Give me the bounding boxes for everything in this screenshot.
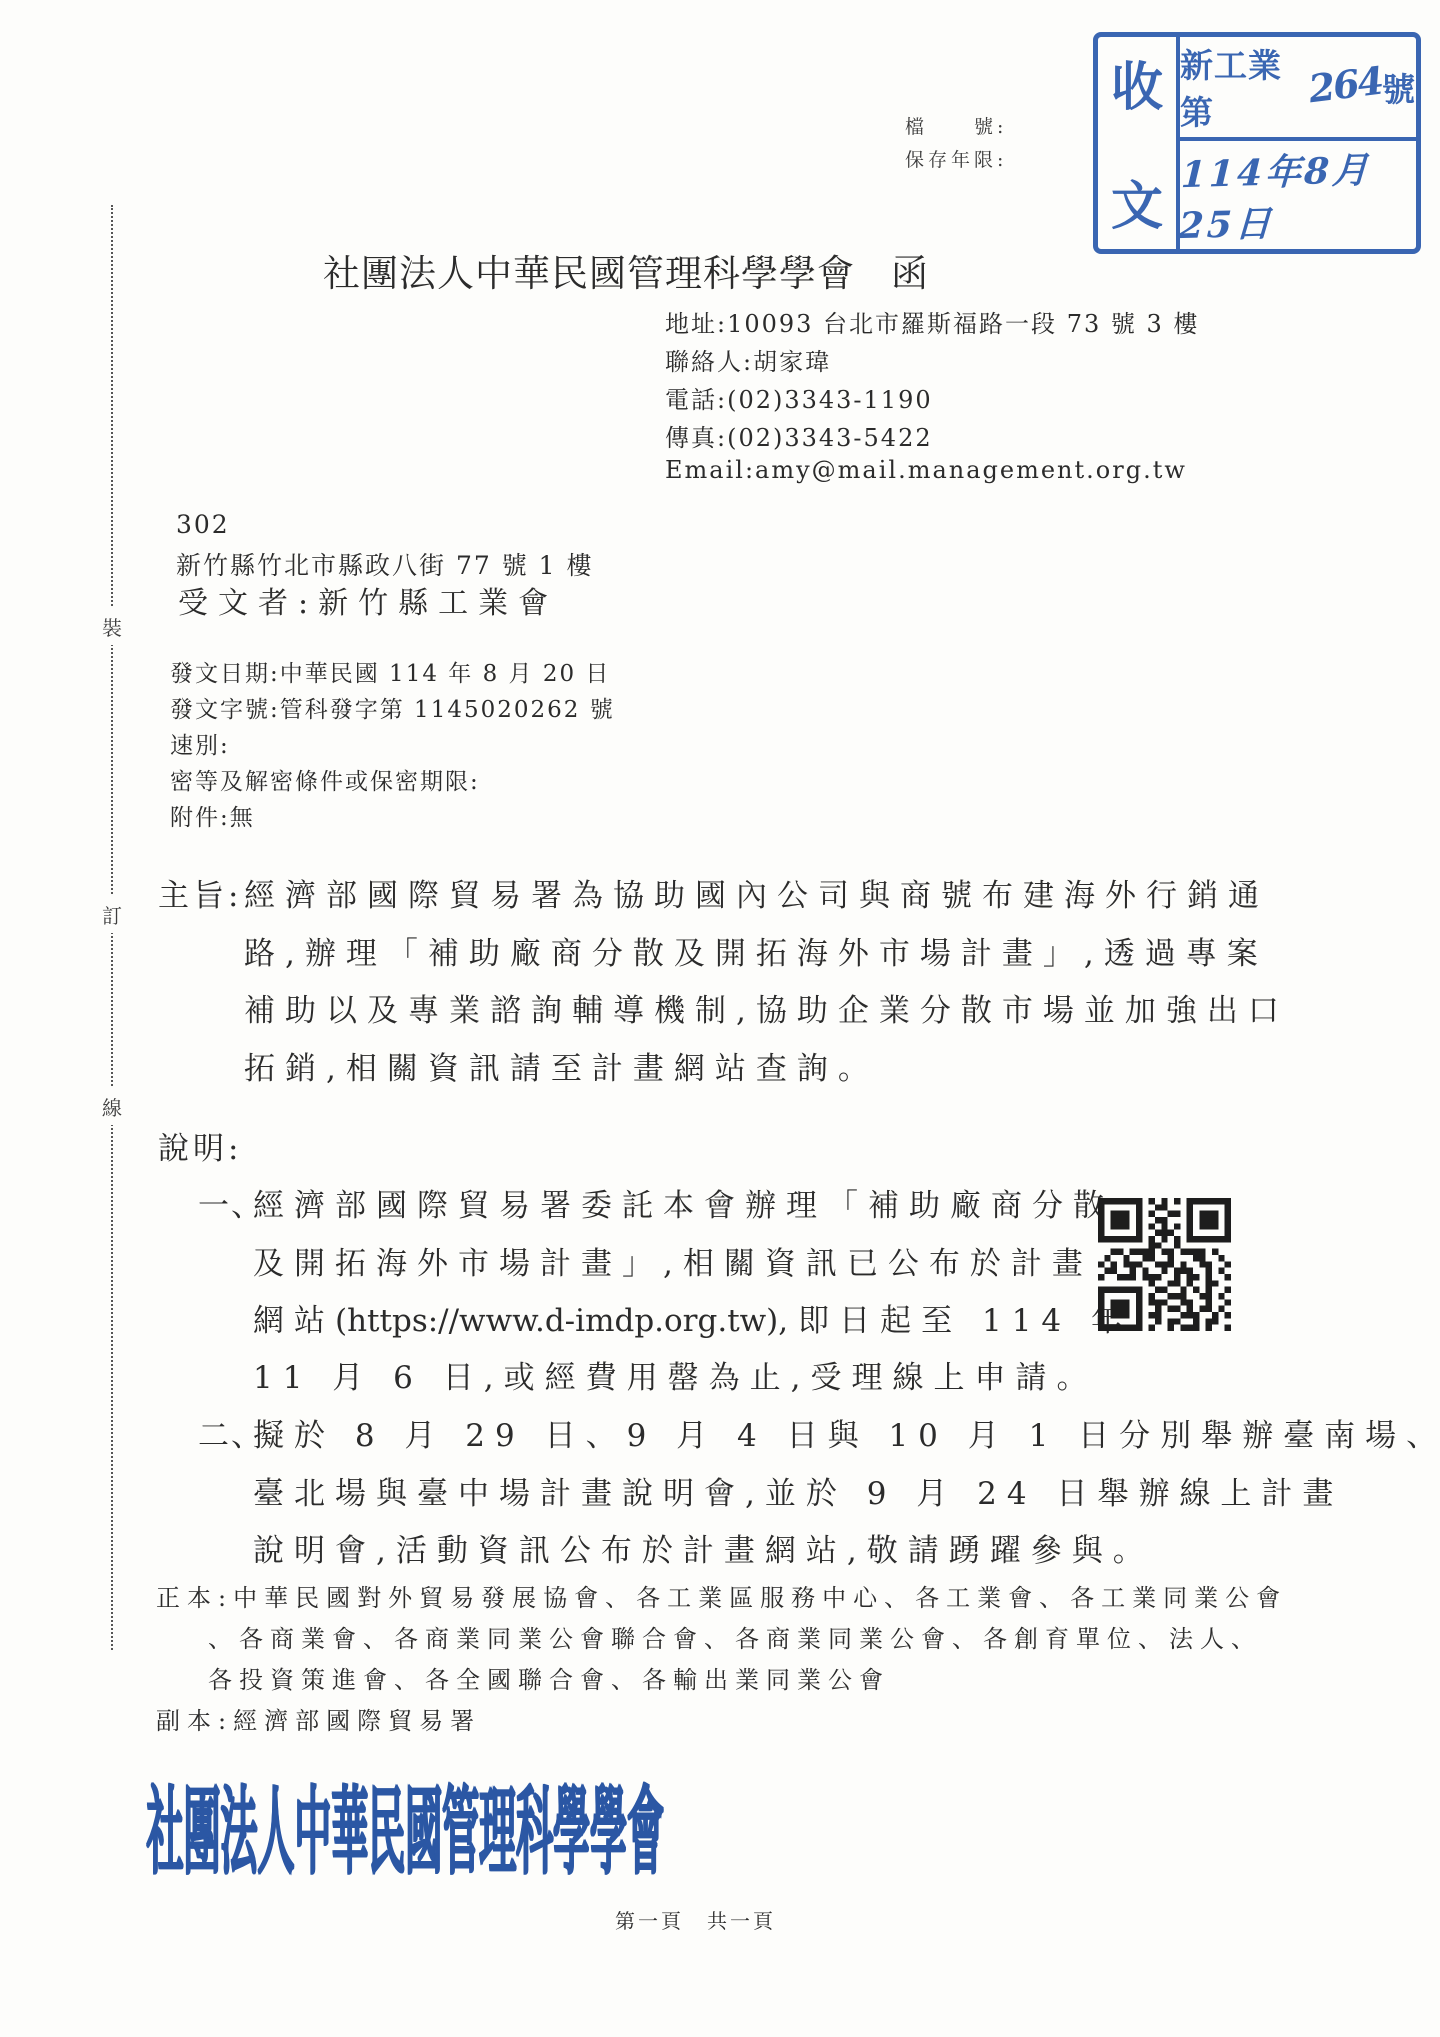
- description-item1-line: 經濟部國際貿易署委託本會辦理「補助廠商分散: [253, 1180, 1114, 1225]
- recipient-address: 新竹縣竹北市縣政八街 77 號 1 樓: [176, 546, 594, 582]
- stamp-date-handwritten: 114年8月25日: [1178, 138, 1419, 252]
- qr-code: [1098, 1198, 1231, 1331]
- description-item2-line: 臺北場與臺中場計畫說明會,並於 9 月 24 日舉辦線上計畫: [253, 1468, 1343, 1513]
- recipient-zip: 302: [176, 510, 230, 539]
- description-item2-line: 說明會,活動資訊公布於計畫網站,敬請踴躍參與。: [253, 1525, 1154, 1570]
- issuer-email: Email:amy@mail.management.org.tw: [665, 456, 1187, 484]
- description-label: 說明:: [158, 1123, 242, 1168]
- stamp-number-prefix: 新工業第: [1180, 40, 1309, 134]
- stamp-doc-number: 新工業第 264 號: [1180, 37, 1416, 141]
- qr-code-container: [1098, 1198, 1231, 1331]
- issuer-contact-person: 聯絡人:胡家瑋: [665, 342, 831, 377]
- receive-stamp-vertical-label: 收 文: [1098, 37, 1180, 249]
- meta-security: 密等及解密條件或保密期限:: [170, 763, 480, 796]
- stamp-char-shou: 收: [1111, 45, 1163, 120]
- subject-label: 主旨:: [158, 870, 242, 915]
- description-item1-line: 11 月 6 日,或經費用罄為止,受理線上申請。: [253, 1352, 1097, 1397]
- receive-stamp-fields: 新工業第 264 號 114年8月25日: [1180, 37, 1416, 249]
- issuer-name: 社團法人中華民國管理科學學會: [323, 243, 855, 297]
- organization-logo-calligraphy: 社團法人中華民國管理科學學會: [146, 1754, 663, 1892]
- page-number-footer: 第一頁 共一頁: [615, 1905, 776, 1934]
- scanned-letter-page: 裝 訂 線 檔 號: 保存年限: 收 文 新工業第 264 號 114年8月25…: [0, 0, 1440, 2037]
- issuer-fax: 傳真:(02)3343-5422: [665, 418, 933, 453]
- issuer-address: 地址:10093 台北市羅斯福路一段 73 號 3 樓: [665, 304, 1199, 339]
- meta-attachment: 附件:無: [170, 799, 255, 832]
- margin-char-xian: 線: [100, 1088, 124, 1125]
- meta-issue-date: 發文日期:中華民國 114 年 8 月 20 日: [170, 655, 610, 688]
- plan-deadline-text: ,即日起至 114 年: [778, 1303, 1132, 1339]
- subject-line: 經濟部國際貿易署為協助國內公司與商號布建海外行銷通: [244, 870, 1269, 915]
- description-item1-line: 網站(https://www.d-imdp.org.tw),即日起至 114 年: [253, 1295, 1132, 1340]
- stamp-char-wen: 文: [1111, 164, 1163, 239]
- description-item2-line: 擬於 8 月 29 日、9 月 4 日與 10 月 1 日分別舉辦臺南場、: [253, 1410, 1440, 1455]
- recipient-name: 受文者:新竹縣工業會: [178, 578, 558, 622]
- retention-period-label: 保存年限:: [905, 145, 1007, 172]
- meta-doc-number: 發文字號:管科發字第 1145020262 號: [170, 691, 615, 724]
- stamp-number-handwritten: 264: [1306, 57, 1384, 111]
- meta-speed: 速別:: [170, 727, 230, 760]
- stamp-number-suffix: 號: [1382, 64, 1416, 111]
- subject-line: 補助以及專業諮詢輔導機制,協助企業分散市場並加強出口: [244, 985, 1289, 1030]
- original-recipients-line: 正本:中華民國對外貿易發展協會、各工業區服務中心、各工業會、各工業同業公會: [156, 1578, 1287, 1613]
- receive-stamp: 收 文 新工業第 264 號 114年8月25日: [1093, 32, 1421, 254]
- original-recipients-line: 、各商業會、各商業同業公會聯合會、各商業同業公會、各創育單位、法人、: [208, 1619, 1262, 1654]
- file-number-label: 檔 號:: [905, 112, 1007, 139]
- subject-line: 拓銷,相關資訊請至計畫網站查詢。: [244, 1043, 879, 1088]
- subject-line: 路,辦理「補助廠商分散及開拓海外市場計畫」,透過專案: [244, 928, 1268, 973]
- plan-website-label: 網站: [253, 1303, 335, 1339]
- margin-char-zhuang: 裝: [100, 608, 124, 645]
- copy-recipient-line: 副本:經濟部國際貿易署: [156, 1701, 481, 1736]
- original-recipients-line: 各投資策進會、各全國聯合會、各輸出業同業公會: [208, 1660, 890, 1695]
- document-title: 社團法人中華民國管理科學學會 函: [323, 243, 929, 297]
- margin-char-ding: 訂: [100, 896, 124, 933]
- description-item1-line: 及開拓海外市場計畫」,相關資訊已公布於計畫: [253, 1238, 1093, 1283]
- doc-type-letter: 函: [891, 243, 929, 297]
- issuer-phone: 電話:(02)3343-1190: [665, 380, 933, 415]
- plan-website-url: (https://www.d-imdp.org.tw): [335, 1303, 778, 1339]
